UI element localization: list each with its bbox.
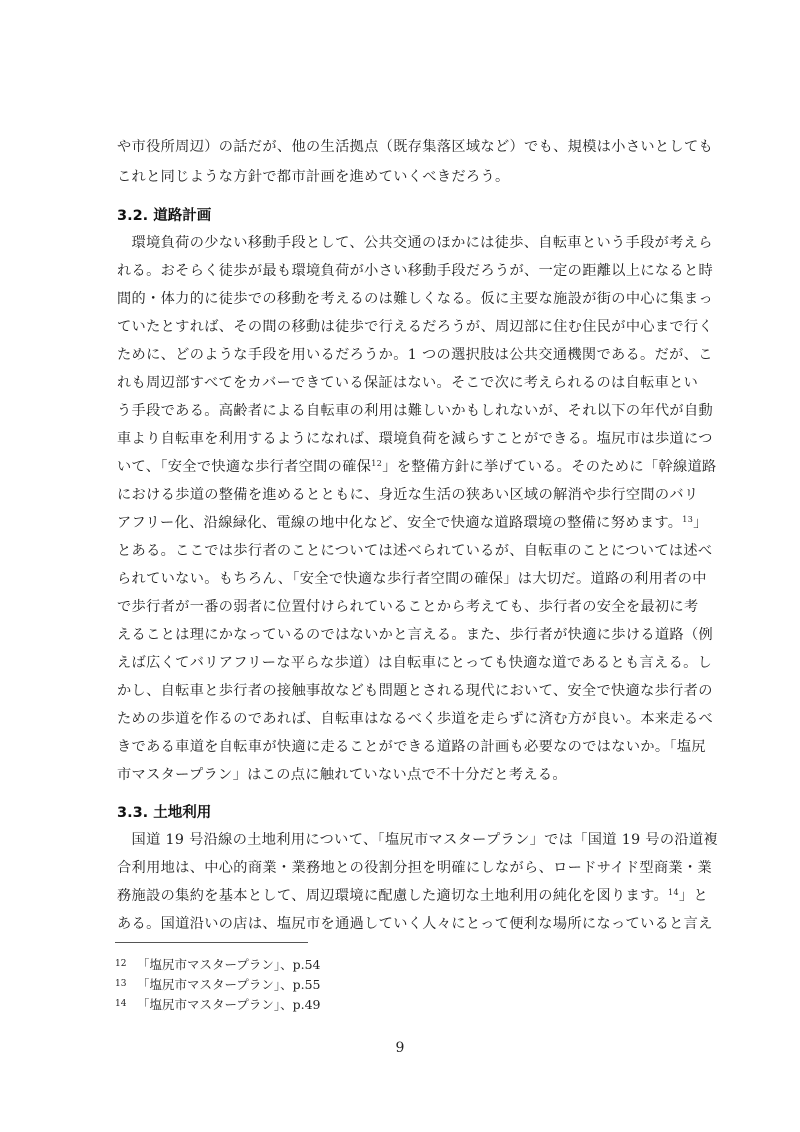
section-heading-3-2: 3.2. 道路計画 (117, 206, 211, 226)
body-text-line: 市マスタープラン」はこの点に触れていない点で不十分だと考える。 (117, 765, 687, 785)
footnote-13: 13「塩尻市マスタープラン」、p.55 (115, 975, 321, 994)
body-text-line: 国道 19 号沿線の土地利用について、「塩尻市マスタープラン」では「国道 19 … (117, 830, 687, 850)
body-text-line: れも周辺部すべてをカバーできている保証はない。そこで次に考えられるのは自転車とい (117, 373, 687, 393)
footnote-text: 「塩尻市マスタープラン」、p.55 (137, 977, 321, 992)
footnote-text: 「塩尻市マスタープラン」、p.54 (137, 957, 321, 972)
footnote-number: 12 (115, 955, 137, 973)
body-text-line: アフリー化、沿線緑化、電線の地中化など、安全で快適な道路環境の整備に努めます。1… (117, 513, 687, 533)
body-text-line: れる。おそらく徒歩が最も環境負荷が小さい移動手段だろうが、一定の距離以上になると… (117, 261, 687, 281)
text-run: いて、「安全で快適な歩行者空間の確保 (117, 459, 371, 475)
body-text-line: 間的・体力的に徒歩での移動を考えるのは難しくなる。仮に主要な施設が街の中心に集ま… (117, 289, 687, 309)
text-run: 務施設の集約を基本として、周辺環境に配慮した適切な土地利用の純化を図ります。 (117, 888, 668, 904)
body-text-line: ある。国道沿いの店は、塩尻市を通過していく人々にとって便利な場所になっていると言… (117, 914, 687, 934)
body-text-line: 務施設の集約を基本として、周辺環境に配慮した適切な土地利用の純化を図ります。14… (117, 886, 687, 906)
footnote-text: 「塩尻市マスタープラン」、p.49 (137, 997, 321, 1012)
body-text-line: かし、自転車と歩行者の接触事故なども問題とされる現代において、安全で快適な歩行者… (117, 681, 687, 701)
text-run: 」を整備方針に挙げている。そのために「幹線道路 (382, 459, 716, 475)
body-text-line: 合利用地は、中心的商業・業務地との役割分担を明確にしながら、ロードサイド型商業・… (117, 858, 687, 878)
body-text-line: う手段である。高齢者による自転車の利用は難しいかもしれないが、それ以下の年代が自… (117, 401, 687, 421)
body-text-line: とある。ここでは歩行者のことについては述べられているが、自転車のことについては述… (117, 541, 687, 561)
document-page: や市役所周辺）の話だが、他の生活拠点（既存集落区域など）でも、規模は小さいとして… (0, 0, 800, 1132)
footnote-ref-13[interactable]: 13 (682, 515, 693, 524)
body-text-line: ための歩道を作るのであれば、自転車はなるべく歩道を走らずに済む方が良い。本来走る… (117, 709, 687, 729)
footnote-divider (115, 942, 308, 943)
body-text-line: ていたとすれば、その間の移動は徒歩で行えるだろうが、周辺部に住む住民が中心まで行… (117, 317, 687, 337)
text-run: 」と (679, 888, 708, 904)
body-text-line: られていない。もちろん、「安全で快適な歩行者空間の確保」は大切だ。道路の利用者の… (117, 569, 687, 589)
footnote-ref-12[interactable]: 12 (371, 459, 382, 468)
footnote-12: 12「塩尻市マスタープラン」、p.54 (115, 955, 321, 974)
body-text-line: これと同じような方針で都市計画を進めていくべきだろう。 (117, 167, 687, 187)
footnote-number: 14 (115, 995, 137, 1013)
body-text-line: 車より自転車を利用するようになれば、環境負荷を減らすことができる。塩尻市は歩道に… (117, 429, 687, 449)
text-run: 」 (693, 515, 708, 531)
footnote-14: 14「塩尻市マスタープラン」、p.49 (115, 995, 321, 1014)
footnote-number: 13 (115, 975, 137, 993)
page-number: 9 (0, 1040, 800, 1056)
body-text-line: 環境負荷の少ない移動手段として、公共交通のほかには徒歩、自転車という手段が考えら (117, 233, 687, 253)
body-text-line: で歩行者が一番の弱者に位置付けられていることから考えても、歩行者の安全を最初に考 (117, 597, 687, 617)
body-text-line: における歩道の整備を進めるとともに、身近な生活の狭あい区域の解消や歩行空間のバリ (117, 485, 687, 505)
body-text-line: えば広くてバリアフリーな平らな歩道）は自転車にとっても快適な道であるとも言える。… (117, 653, 687, 673)
body-text-line: えることは理にかなっているのではないかと言える。また、歩行者が快適に歩ける道路（… (117, 625, 687, 645)
footnote-ref-14[interactable]: 14 (668, 888, 679, 897)
section-heading-3-3: 3.3. 土地利用 (117, 803, 211, 823)
body-text-line: や市役所周辺）の話だが、他の生活拠点（既存集落区域など）でも、規模は小さいとして… (117, 137, 687, 157)
body-text-line: ために、どのような手段を用いるだろうか。1 つの選択肢は公共交通機関である。だが… (117, 345, 687, 365)
body-text-line: いて、「安全で快適な歩行者空間の確保12」を整備方針に挙げている。そのために「幹… (117, 457, 687, 477)
body-text-line: きである車道を自転車が快適に走ることができる道路の計画も必要なのではないか。「塩… (117, 737, 687, 757)
text-run: アフリー化、沿線緑化、電線の地中化など、安全で快適な道路環境の整備に努めます。 (117, 515, 682, 531)
